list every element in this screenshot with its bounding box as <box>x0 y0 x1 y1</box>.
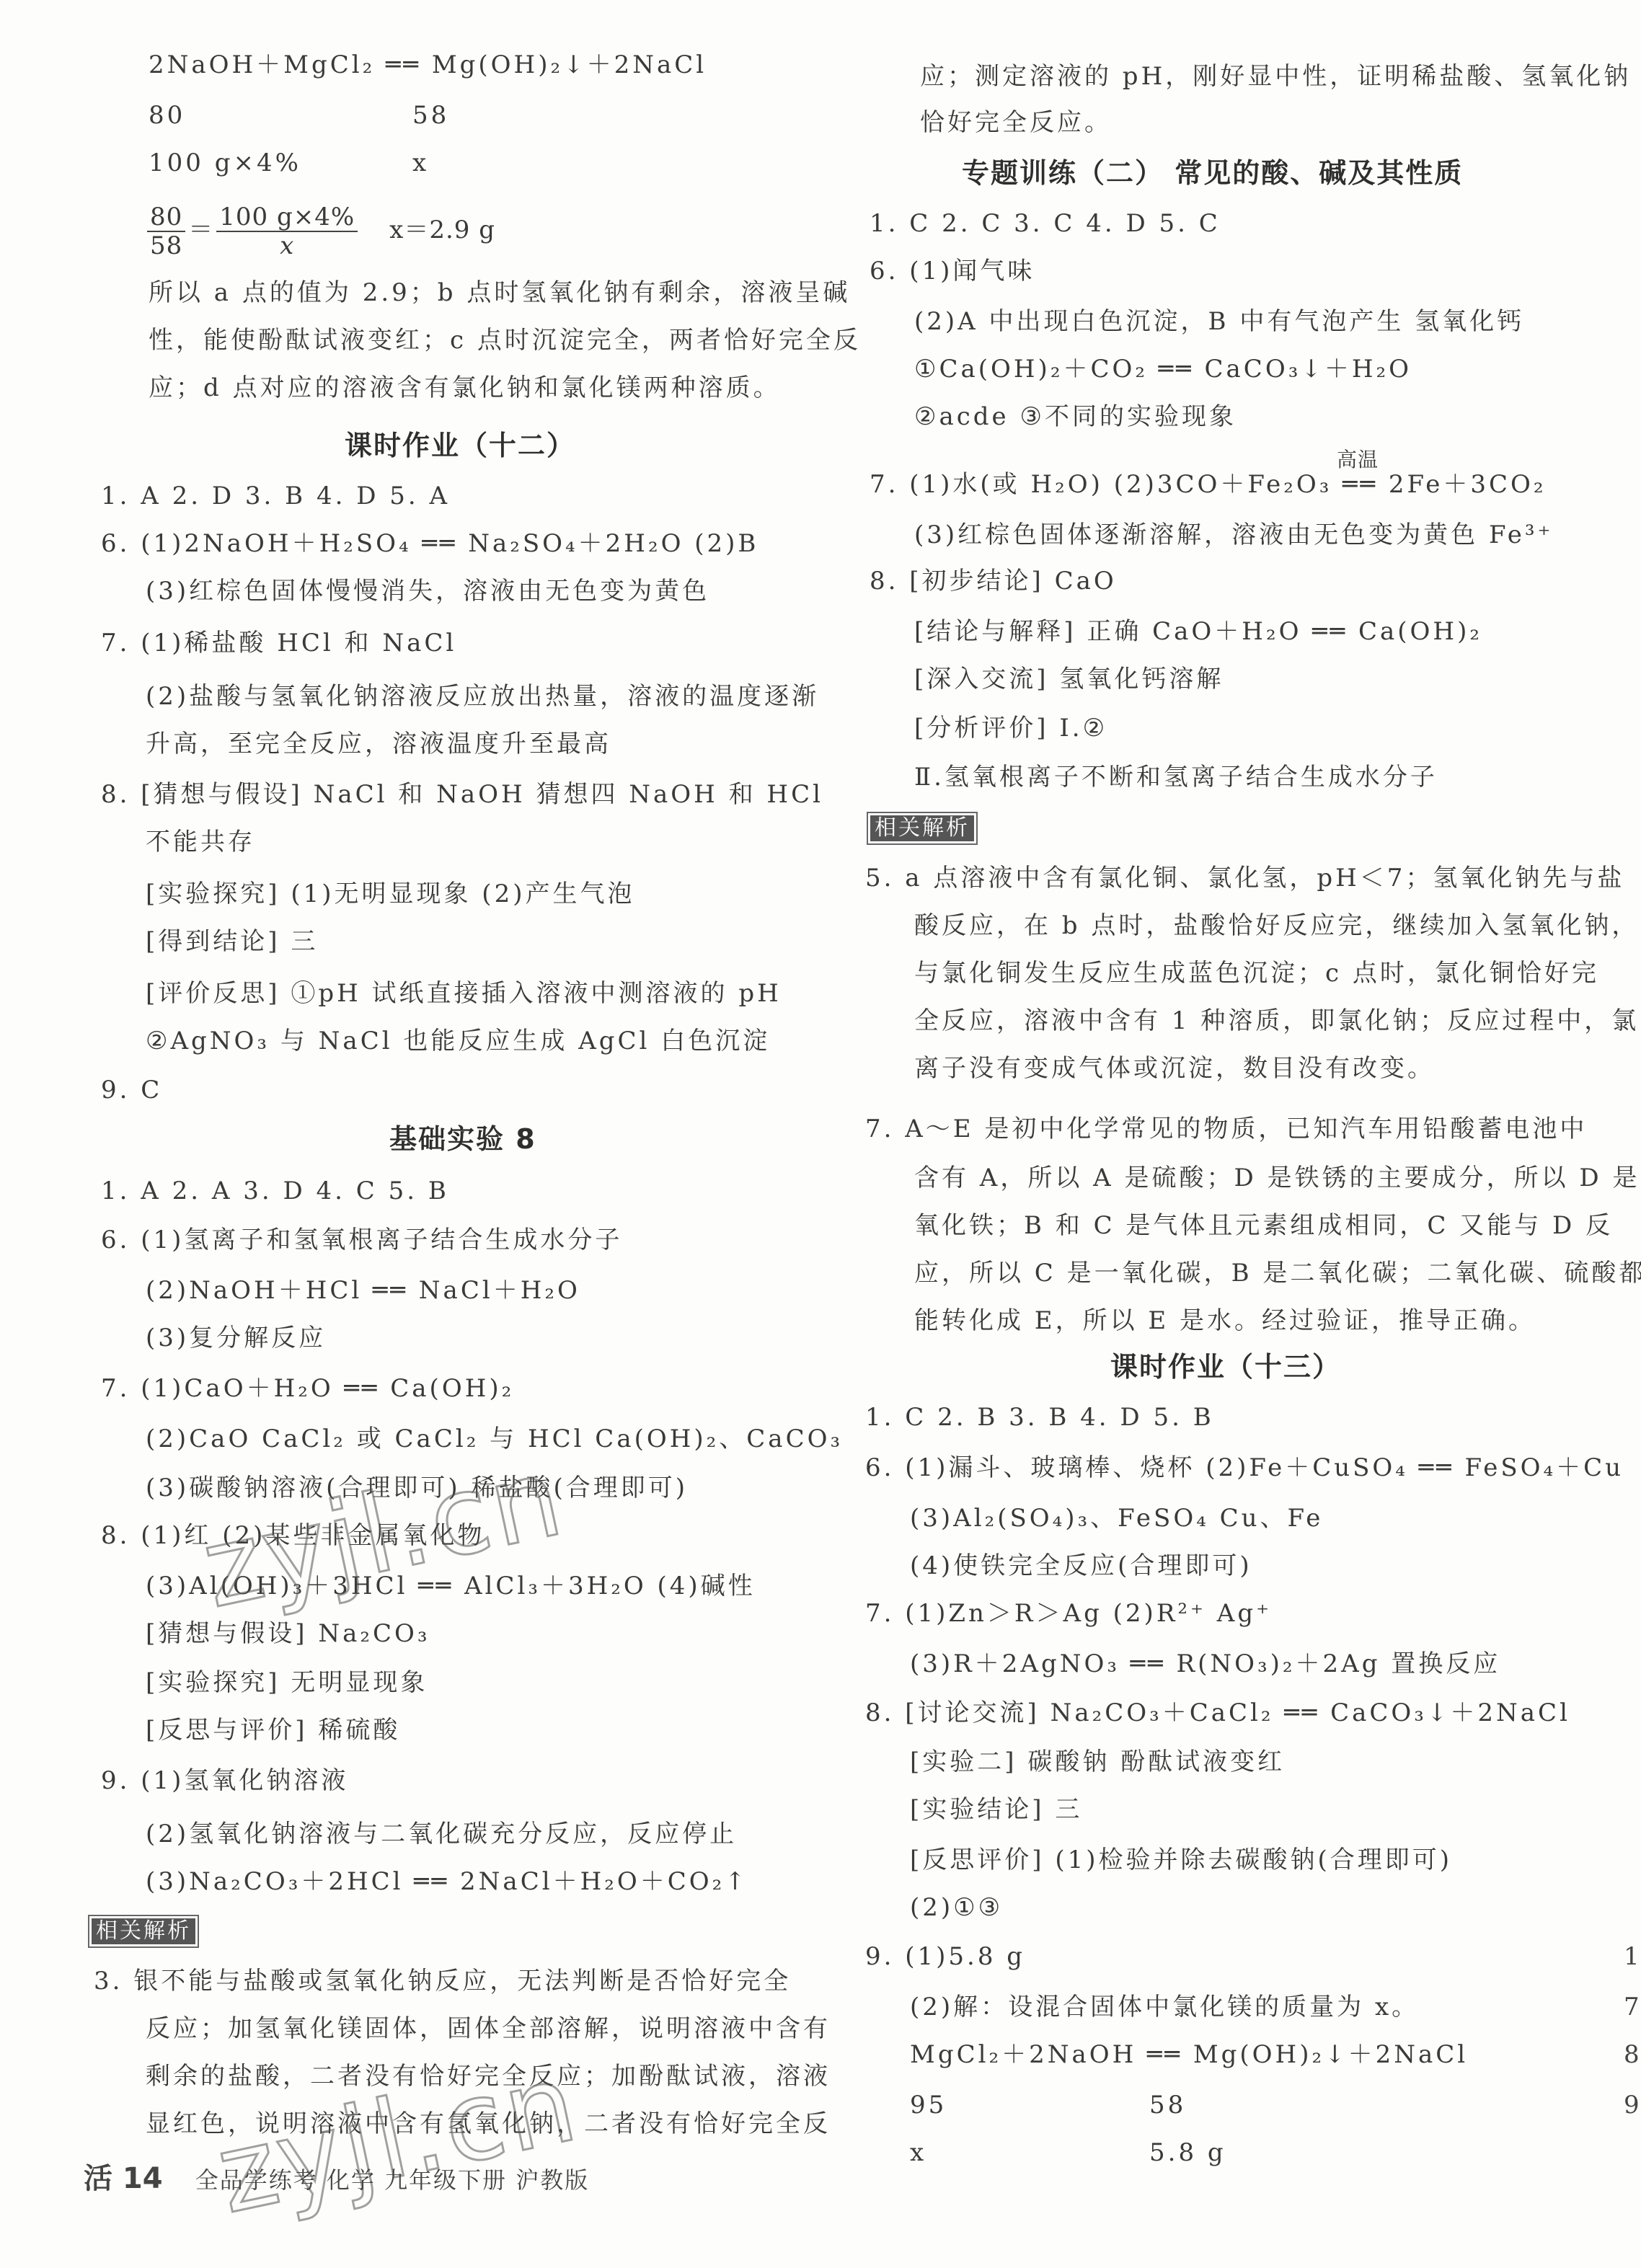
answer-line: 95 <box>910 2091 947 2119</box>
denominator: 58 <box>147 232 185 260</box>
analysis-line: 含有 A，所以 A 是硫酸；D 是铁锈的主要成分，所以 D 是 <box>914 1164 1640 1192</box>
answer-line: 100 g×4% <box>149 149 301 177</box>
answer-line: MgCl₂＋2NaOH ══ Mg(OH)₂↓＋2NaCl <box>910 2040 1468 2069</box>
analysis-line: 恰好完全反应。 <box>920 108 1112 137</box>
section-title: 课时作业（十三） <box>1110 1351 1341 1383</box>
answer-line: 8. [讨论交流] Na₂CO₃＋CaCl₂ ══ CaCO₃↓＋2NaCl <box>865 1698 1570 1727</box>
answer-line: (2)解：设混合固体中氯化镁的质量为 x。 <box>910 1993 1419 2021</box>
answer-line: (3)Al₂(SO₄)₃、FeSO₄ Cu、Fe <box>910 1504 1323 1533</box>
answer-line: (3)红棕色固体慢慢消失，溶液由无色变为黄色 <box>146 577 709 606</box>
answer-line: 9. (1)氢氧化钠溶液 <box>101 1766 348 1795</box>
answer-line: 1. A 2. D 3. B 4. D 5. A <box>101 482 450 510</box>
answer-line: (3)复分解反应 <box>146 1324 326 1352</box>
fraction-left: 8058 <box>147 203 185 260</box>
answer-line: ②acde ③不同的实验现象 <box>914 402 1237 431</box>
answer-line: (3)Na₂CO₃＋2HCl ══ 2NaCl＋H₂O＋CO₂↑ <box>146 1867 748 1896</box>
numerator: 80 <box>147 203 185 232</box>
answer-line: 58 <box>1149 2091 1186 2119</box>
answer-line: (2)A 中出现白色沉淀，B 中有气泡产生 氢氧化钙 <box>914 307 1524 336</box>
analysis-line: 能转化成 E，所以 E 是水。经过验证，推导正确。 <box>914 1306 1536 1335</box>
answer-line: 不能共存 <box>146 828 255 856</box>
answer-line: 性，能使酚酞试液变红；c 点时沉淀完全，两者恰好完全反 <box>149 326 861 355</box>
section-title: 基础实验 8 <box>389 1123 536 1155</box>
answer-line: [反思评价] (1)检验并除去碳酸钠(合理即可) <box>910 1846 1452 1874</box>
answer-line: 9. C <box>101 1076 162 1104</box>
answer-line: Ⅱ.氢氧根离子不断和氢离子结合生成水分子 <box>914 763 1438 792</box>
answer-line: 6. (1)闻气味 <box>870 257 1035 285</box>
book-info: 全品学练考 化学 九年级下册 沪教版 <box>195 2166 590 2194</box>
answer-line: (2)NaOH＋HCl ══ NaCl＋H₂O <box>146 1276 580 1305</box>
answer-line: 7. (1)Zn＞R＞Ag (2)R²⁺ Ag⁺ <box>865 1599 1272 1628</box>
answer-line: 7. (1)水(或 H₂O) (2)3CO＋Fe₂O₃ ══ 2Fe＋3CO₂ <box>870 470 1547 499</box>
answer-line: [反思与评价] 稀硫酸 <box>146 1716 400 1745</box>
analysis-line: 氧化铁；B 和 C 是气体且元素组成相同，C 又能与 D 反 <box>914 1211 1613 1240</box>
section-title: 专题训练（二） 常见的酸、碱及其性质 <box>962 157 1463 189</box>
answer-line: 2NaOH＋MgCl₂ ══ Mg(OH)₂↓＋2NaCl <box>149 50 707 79</box>
analysis-line: 全反应，溶液中含有 1 种溶质，即氯化钠；反应过程中，氯 <box>914 1006 1639 1035</box>
answer-line: 80 <box>149 101 185 130</box>
answer-line: [实验二] 碳酸钠 酚酞试液变红 <box>910 1747 1285 1776</box>
answer-line: 7. (1)稀盐酸 HCl 和 NaCl <box>101 629 456 657</box>
margin-number: 1 <box>1624 1942 1640 1971</box>
margin-number: 7 <box>1624 1993 1640 2021</box>
answer-line: (2)氢氧化钠溶液与二氧化碳充分反应，反应停止 <box>146 1820 737 1848</box>
answer-line: 应；d 点对应的溶液含有氯化钠和氯化镁两种溶质。 <box>149 373 781 402</box>
watermark-upper: zyjl.cn <box>193 1434 574 1632</box>
analysis-line: 反应；加氢氧化镁固体，固体全部溶解，说明溶液中含有 <box>146 2014 831 2043</box>
answer-line: [实验探究] (1)无明显现象 (2)产生气泡 <box>146 880 634 908</box>
answer-line: 升高，至完全反应，溶液温度升至最高 <box>146 730 611 758</box>
answer-line: [实验探究] 无明显现象 <box>146 1668 428 1697</box>
answer-line: 1. A 2. A 3. D 4. C 5. B <box>101 1177 449 1205</box>
answer-line: 6. (1)2NaOH＋H₂SO₄ ══ Na₂SO₄＋2H₂O (2)B <box>101 529 758 558</box>
answer-line: [猜想与假设] Na₂CO₃ <box>146 1619 430 1648</box>
page-number: 活 14 <box>84 2162 163 2195</box>
analysis-label: 相关解析 <box>870 815 974 841</box>
answer-line: x <box>412 149 429 177</box>
answer-line: [实验结论] 三 <box>910 1795 1082 1824</box>
analysis-tag: 相关解析 <box>867 812 978 845</box>
section-title: 课时作业（十二） <box>345 430 575 461</box>
answer-line: (3)红棕色固体逐渐溶解，溶液由无色变为黄色 Fe³⁺ <box>914 521 1553 549</box>
analysis-line: 与氯化铜发生反应生成蓝色沉淀；c 点时，氯化铜恰好完 <box>914 959 1599 988</box>
analysis-line: 3. 银不能与盐酸或氢氧化钠反应，无法判断是否恰好完全 <box>94 1967 791 1995</box>
margin-number: 9 <box>1624 2091 1640 2119</box>
result: x＝2.9 g <box>389 216 495 244</box>
analysis-line: 5. a 点溶液中含有氯化铜、氯化氢，pH＜7；氢氧化钠先与盐 <box>865 864 1624 892</box>
answer-line: ②AgNO₃ 与 NaCl 也能反应生成 AgCl 白色沉淀 <box>146 1027 770 1055</box>
answer-line: 所以 a 点的值为 2.9；b 点时氢氧化钠有剩余，溶液呈碱 <box>149 278 850 307</box>
fraction-right: 100 g×4%x <box>216 203 358 260</box>
analysis-tag: 相关解析 <box>88 1915 199 1948</box>
analysis-line: 酸反应，在 b 点时，盐酸恰好反应完，继续加入氢氧化钠， <box>914 911 1639 940</box>
answer-line: 58 <box>412 101 449 130</box>
answer-line: 1. C 2. C 3. C 4. D 5. C <box>870 209 1221 238</box>
answer-line: (4)使铁完全反应(合理即可) <box>910 1551 1252 1580</box>
answer-line: x <box>910 2138 926 2167</box>
analysis-line: 离子没有变成气体或沉淀，数目没有改变。 <box>914 1054 1435 1083</box>
answer-line: [分析评价] Ⅰ.② <box>914 714 1107 743</box>
answer-line: 1. C 2. B 3. B 4. D 5. B <box>865 1403 1214 1432</box>
page-footer: 活 14 全品学练考 化学 九年级下册 沪教版 <box>84 2156 589 2197</box>
analysis-line: 应，所以 C 是一氧化碳，B 是二氧化碳；二氧化碳、硫酸都 <box>914 1259 1641 1288</box>
answer-line: 9. (1)5.8 g <box>865 1942 1025 1971</box>
analysis-label: 相关解析 <box>92 1918 195 1944</box>
analysis-line: 7. A～E 是初中化学常见的物质，已知汽车用铅酸蓄电池中 <box>865 1115 1587 1143</box>
answer-line: (2)盐酸与氢氧化钠溶液反应放出热量，溶液的温度逐渐 <box>146 682 819 711</box>
answer-line: 7. (1)CaO＋H₂O ══ Ca(OH)₂ <box>101 1374 514 1403</box>
answer-line: (2)①③ <box>910 1893 1003 1922</box>
answer-line: [评价反思] ①pH 试纸直接插入溶液中测溶液的 pH <box>146 979 782 1008</box>
answer-line: ①Ca(OH)₂＋CO₂ ══ CaCO₃↓＋H₂O <box>914 355 1412 384</box>
answer-line: (3)R＋2AgNO₃ ══ R(NO₃)₂＋2Ag 置换反应 <box>910 1649 1500 1678</box>
answer-line: 6. (1)氢离子和氢氧根离子结合生成水分子 <box>101 1226 622 1254</box>
numerator: 100 g×4% <box>216 203 358 232</box>
answer-line: 8. [初步结论] CaO <box>870 567 1117 595</box>
answer-line: [结论与解释] 正确 CaO＋H₂O ══ Ca(OH)₂ <box>914 617 1482 646</box>
answer-line: [得到结论] 三 <box>146 927 318 956</box>
analysis-line: 应；测定溶液的 pH，刚好显中性，证明稀盐酸、氢氧化钠 <box>920 62 1631 91</box>
reaction-condition: 高温 <box>1337 446 1379 474</box>
answer-line: 8. [猜想与假设] NaCl 和 NaOH 猜想四 NaOH 和 HCl <box>101 780 823 809</box>
answer-line: 6. (1)漏斗、玻璃棒、烧杯 (2)Fe＋CuSO₄ ══ FeSO₄＋Cu <box>865 1453 1624 1482</box>
margin-number: 8 <box>1624 2040 1640 2069</box>
answer-line: 5.8 g <box>1149 2138 1226 2167</box>
answer-line: [深入交流] 氢氧化钙溶解 <box>914 665 1224 694</box>
proportion-equation: 8058＝100 g×4%xx＝2.9 g <box>144 203 495 260</box>
denominator: x <box>216 232 358 260</box>
